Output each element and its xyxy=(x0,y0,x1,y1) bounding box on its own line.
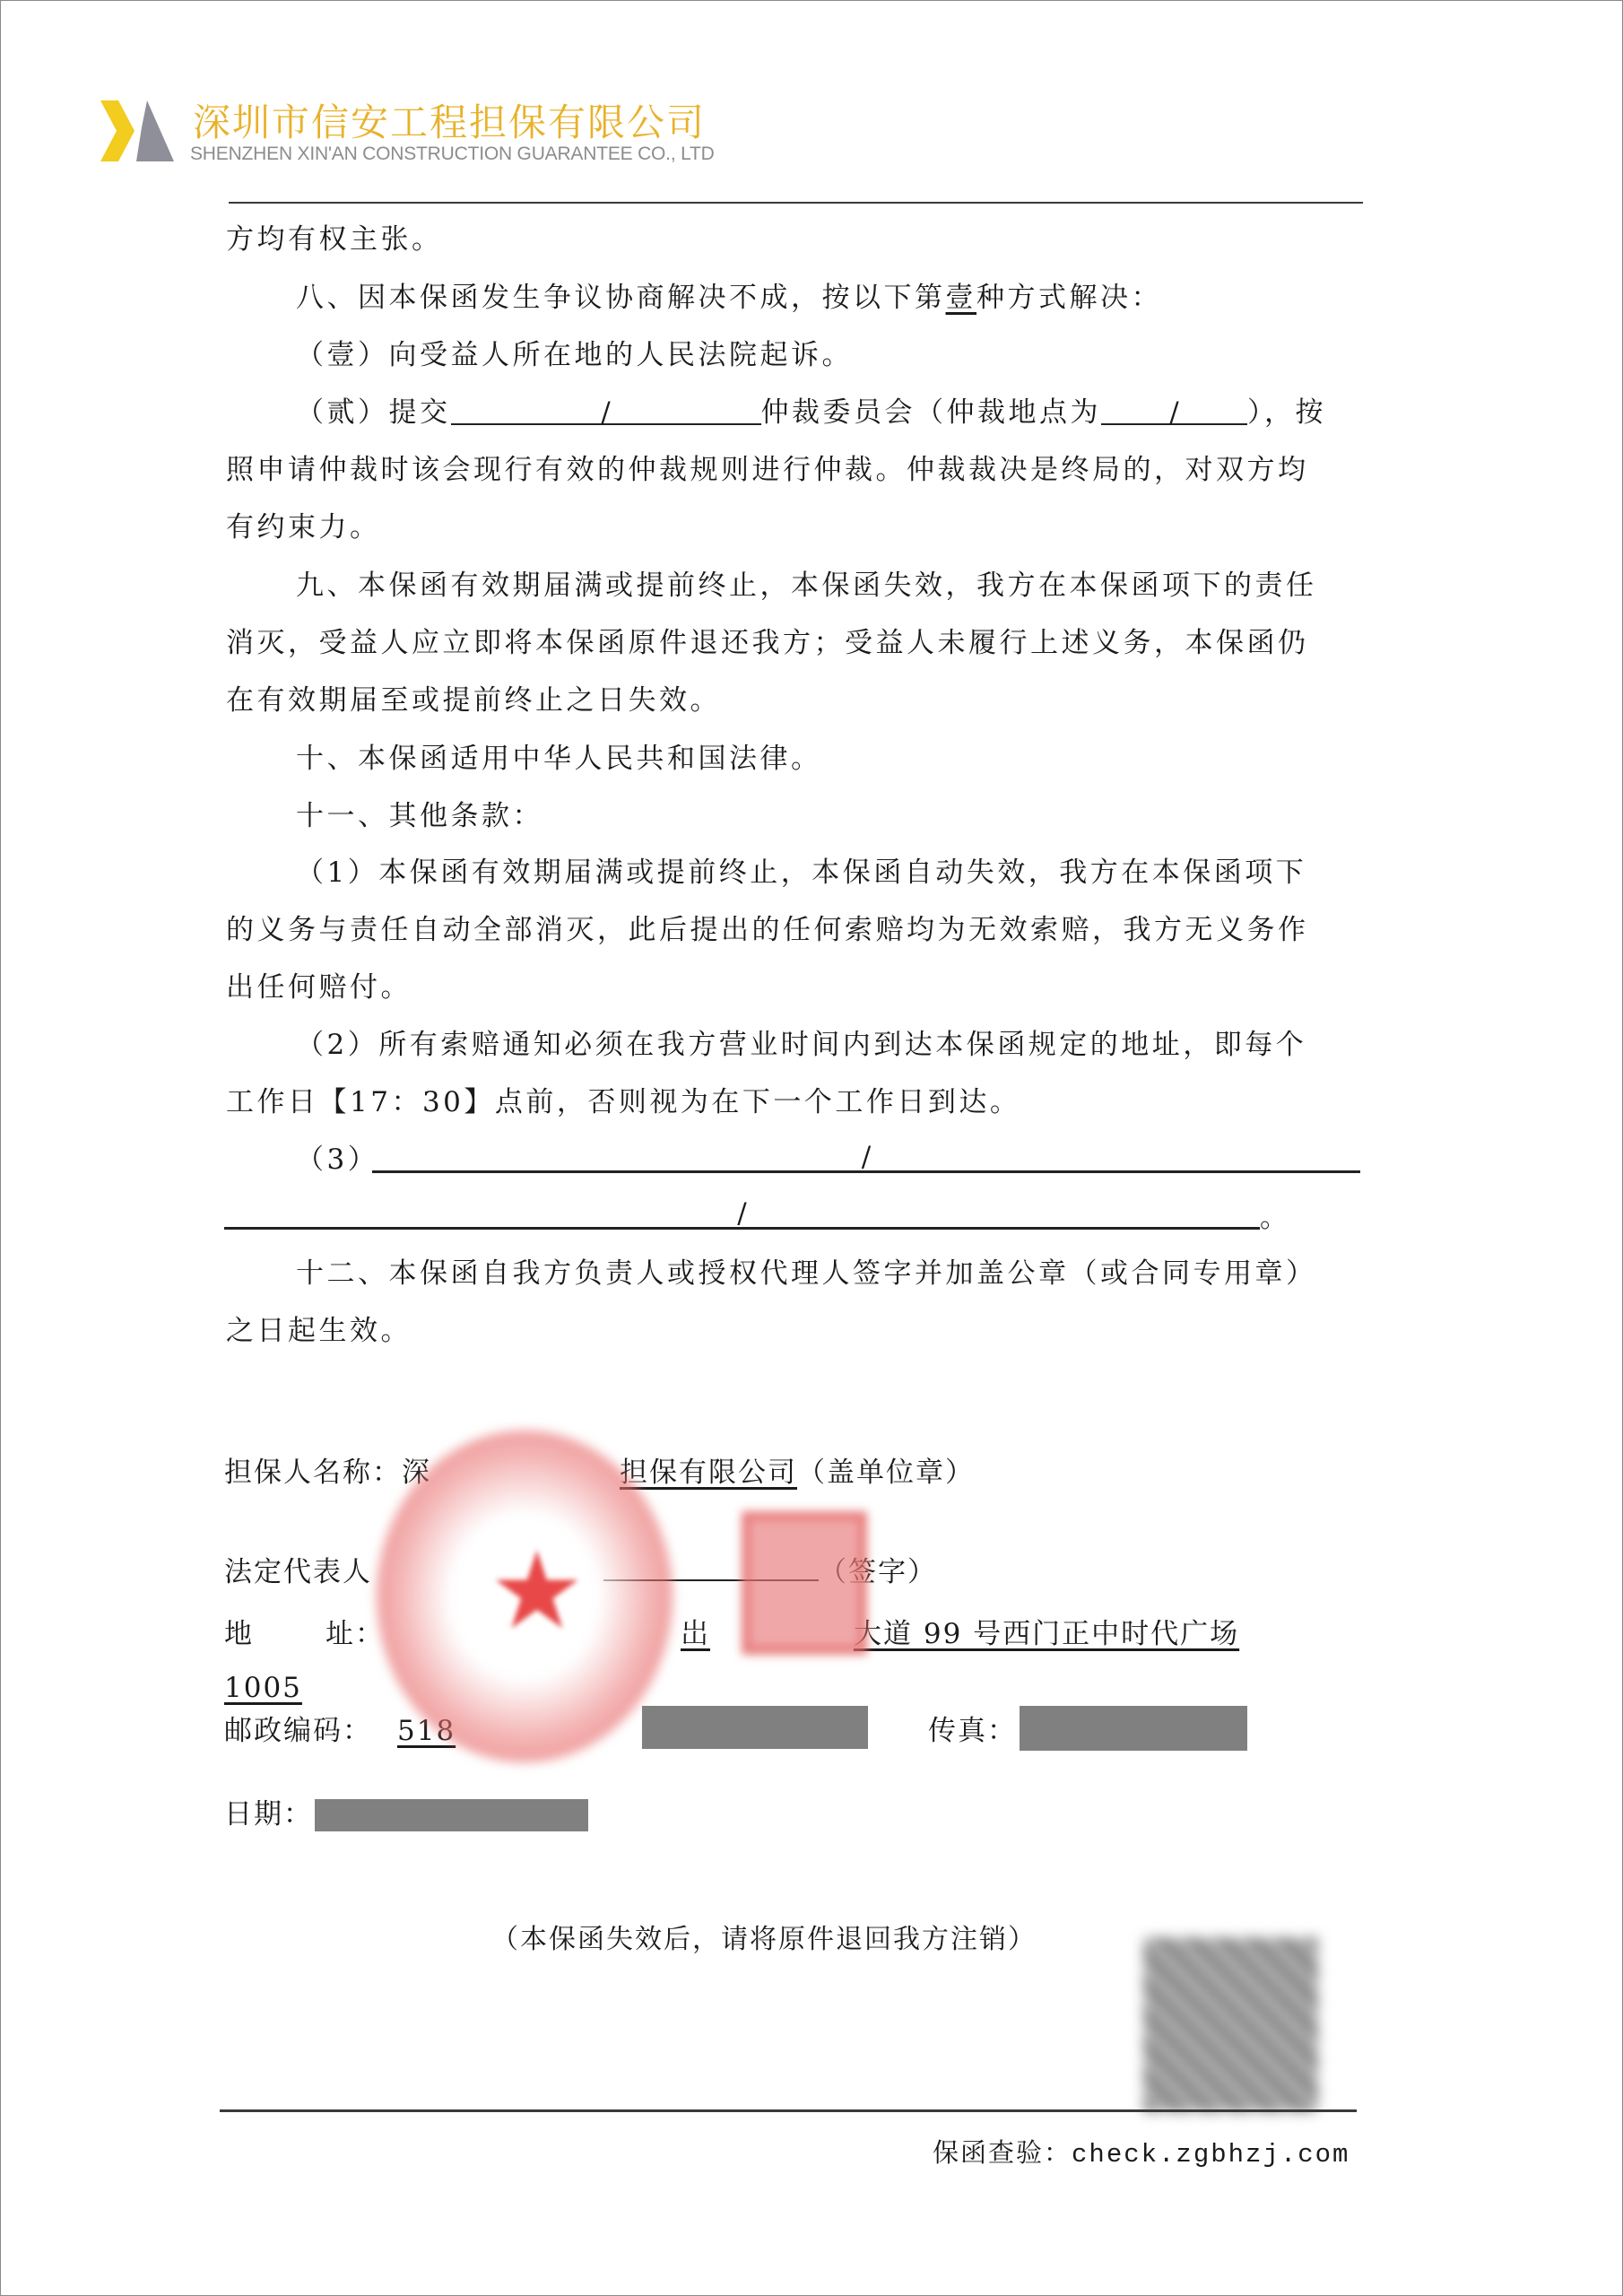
footer-divider xyxy=(220,2109,1357,2112)
other-terms-blank-2: / xyxy=(224,1200,1260,1230)
verification-line: 保函查验：check.zgbhzj.com xyxy=(933,2133,1350,2170)
clause-8: 八、因本保函发生争议协商解决不成，按以下第壹种方式解决： xyxy=(296,280,1162,316)
other-terms-blank-1: / xyxy=(372,1144,1360,1173)
redacted-phone xyxy=(642,1706,868,1749)
company-logo-icon xyxy=(100,100,174,161)
clause-8-option-1: （壹）向受益人所在地的人民法院起诉。 xyxy=(296,337,853,373)
clause-7-tail: 方均有权主张。 xyxy=(226,222,443,257)
return-original-note: （本保函失效后，请将原件退回我方注销） xyxy=(491,1917,1037,1956)
period-mark: 。 xyxy=(1260,1200,1291,1236)
fax-label: 传真： xyxy=(928,1713,1017,1749)
redacted-fax xyxy=(1020,1706,1247,1751)
guarantor-name: 担保有限公司 xyxy=(620,1457,797,1489)
arbitration-committee-blank: / xyxy=(451,395,761,425)
clause-11-item-1-text: 出任何赔付。 xyxy=(226,970,412,1005)
selected-option: 壹 xyxy=(946,282,977,314)
clause-8-text: 有约束力。 xyxy=(226,509,381,545)
company-name-cn: 深圳市信安工程担保有限公司 xyxy=(193,93,706,147)
arbitration-place-blank: / xyxy=(1101,395,1247,425)
clause-9: 九、本保函有效期届满或提前终止，本保函失效，我方在本保函项下的责任 xyxy=(296,568,1317,604)
clause-11-item-2: （2）所有索赔通知必须在我方营业时间内到达本保函规定的地址，即每个 xyxy=(296,1027,1306,1063)
qr-code-blurred xyxy=(1143,1937,1318,2112)
clause-12-text: 之日起生效。 xyxy=(226,1313,412,1349)
clause-8-text: 照申请仲裁时该会现行有效的仲裁规则进行仲裁。仲裁裁决是终局的，对双方均 xyxy=(226,452,1309,488)
legal-rep-seal-square xyxy=(742,1511,867,1655)
clause-11-item-3-label: （3） xyxy=(296,1142,378,1178)
postcode-row: 邮政编码：518 xyxy=(224,1713,456,1749)
seal-star-icon: ★ xyxy=(489,1547,578,1637)
clause-11-heading: 十一、其他条款： xyxy=(296,798,543,834)
date-label: 日期： xyxy=(224,1796,313,1832)
clause-10: 十、本保函适用中华人民共和国法律。 xyxy=(296,741,822,777)
clause-11-item-1: （1）本保函有效期届满或提前终止，本保函自动失效，我方在本保函项下 xyxy=(296,855,1306,891)
header-divider xyxy=(229,202,1363,204)
address-row: 地址：岀大道 99 号西门正中时代广场 xyxy=(224,1616,1239,1652)
address-continued: 1005 xyxy=(224,1670,302,1706)
clause-11-item-1-text: 的义务与责任自动全部消灭，此后提出的任何索赔均为无效索赔，我方无义务作 xyxy=(226,912,1309,948)
redacted-date xyxy=(315,1799,588,1831)
clause-9-text: 消灭，受益人应立即将本保函原件退还我方；受益人未履行上述义务，本保函仍 xyxy=(226,625,1309,661)
clause-9-text: 在有效期届至或提前终止之日失效。 xyxy=(226,683,721,718)
clause-8-option-2: （贰）提交/仲裁委员会（仲裁地点为/），按 xyxy=(296,395,1326,430)
address-value: 大道 99 号西门正中时代广场 xyxy=(854,1618,1239,1650)
clause-11-item-2-text: 工作日【17：30】点前，否则视为在下一个工作日到达。 xyxy=(226,1084,1020,1120)
clause-12: 十二、本保函自我方负责人或授权代理人签字并加盖公章（或合同专用章） xyxy=(296,1256,1317,1291)
verification-url[interactable]: check.zgbhzj.com xyxy=(1072,2140,1350,2170)
company-name-en: SHENZHEN XIN'AN CONSTRUCTION GUARANTEE C… xyxy=(190,143,715,165)
